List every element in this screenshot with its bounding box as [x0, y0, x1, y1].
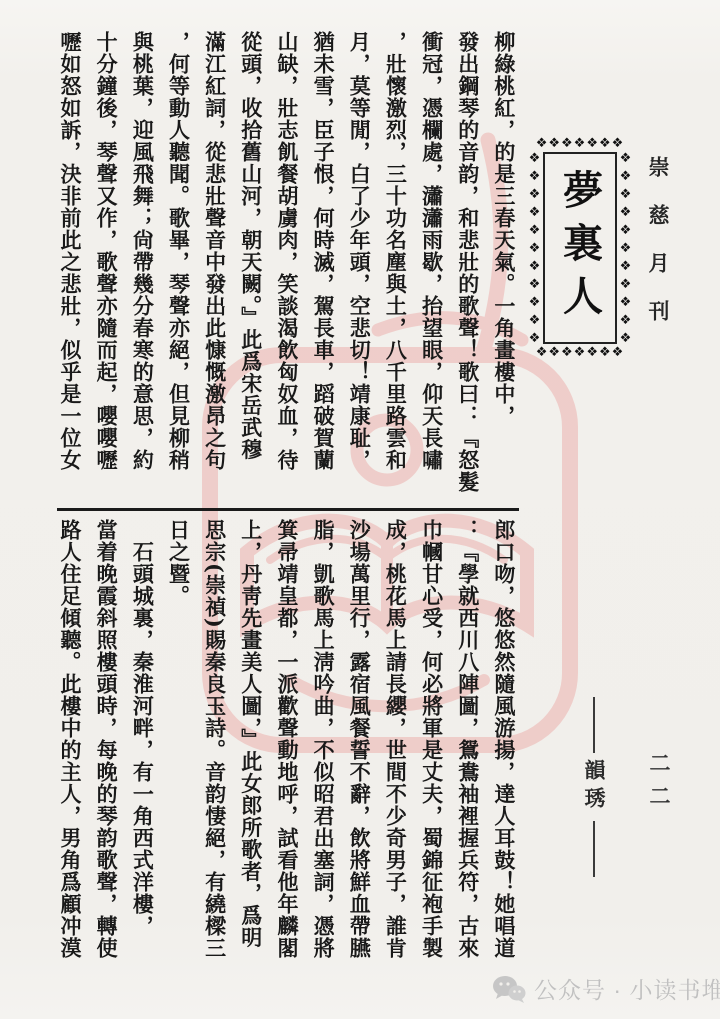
text-column: 路人住足傾聽。此樓中的主人，男角爲顧冲漠: [58, 519, 82, 1011]
text-column: 當着晚霞斜照樓頭時，每晚的琴韵歌聲，轉使: [94, 519, 118, 1011]
text-column: 十分鐘後，琴聲又作，歌聲亦隨而起，嚶嚶嚦: [94, 31, 118, 501]
text-column: 郎口吻，悠悠然隨風游揚，達人耳鼓！她唱道: [492, 519, 516, 1011]
text-column: 衝冠，憑欄處，瀟瀟雨歇，抬望眼，仰天長嘯: [420, 31, 444, 501]
author-dash-bottom: [593, 821, 596, 877]
scanned-magazine-page: 崇慈月刊 二二 ❖❖❖❖❖❖❖ ❖❖❖❖❖❖❖❖❖❖❖ 夢裏人 ❖❖❖❖❖❖❖❖…: [0, 0, 720, 1019]
ornament-border-top: ❖❖❖❖❖❖❖: [527, 136, 633, 151]
text-column: 成，桃花馬上請長纓，世間不少奇男子，誰肯: [383, 519, 407, 1011]
text-column: 脂，凱歌馬上淸吟曲，不似昭君出塞詞，憑將: [311, 519, 335, 1011]
title-inner-frame: 夢裏人: [543, 152, 617, 344]
text-column: 滿江紅詞，從悲壯聲音中發出此慷慨激昂之句: [203, 31, 227, 501]
author-mark: 韻琇: [581, 697, 607, 877]
ornament-border-right: ❖❖❖❖❖❖❖❖❖❖❖: [527, 151, 542, 345]
text-column: 箕帚靖皇都，一派歡聲動地呼，試看他年麟閣: [275, 519, 299, 1011]
text-column: 巾幗甘心受，何必將軍是丈夫，蜀錦征袍手製: [420, 519, 444, 1011]
text-column: 石頭城裏，秦淮河畔，有一角西式洋樓，: [130, 519, 154, 1011]
text-column: ，壯懷激烈，三十功名塵與土，八千里路雲和: [383, 31, 407, 501]
ornament-border-left: ❖❖❖❖❖❖❖❖❖❖❖: [618, 151, 633, 345]
page-number: 二二: [644, 752, 674, 842]
text-column: 嚦如怒如訴，決非前此之悲壯，似乎是一位女: [58, 31, 82, 501]
article-title-box: ❖❖❖❖❖❖❖ ❖❖❖❖❖❖❖❖❖❖❖ 夢裏人 ❖❖❖❖❖❖❖❖❖❖❖ ❖❖❖❖…: [527, 136, 633, 360]
magazine-title: 崇慈月刊: [641, 156, 673, 356]
text-column: 猶未雪，臣子恨，何時滅，駕長車，蹈破賀蘭: [311, 31, 335, 501]
author-dash-top: [593, 697, 596, 753]
ornament-border-bottom: ❖❖❖❖❖❖❖: [527, 345, 633, 360]
footer-watermark-label: 公众号 · 小读书堆: [534, 972, 720, 1005]
text-column: 發出鋼琴的音韵，和悲壯的歌聲！歌曰：『怒髮: [456, 31, 480, 501]
text-column: 日之暨。: [166, 519, 190, 1011]
author-name: 韻琇: [579, 759, 609, 815]
text-column: 山缺，壯志飢餐胡虜肉，笑談渴飲匈奴血，待: [275, 31, 299, 501]
text-column: 從頭，收拾舊山河，朝天闕。』此爲宋岳武穆: [239, 31, 263, 501]
text-column: 與桃葉，迎風飛舞；尙帶幾分春寒的意思，約: [130, 31, 154, 501]
text-block-bottom: 郎口吻，悠悠然隨風游揚，達人耳鼓！她唱道 ：『學就西川八陣圖，鴛鴦袖裡握兵符，古…: [58, 519, 516, 1011]
article-title: 夢裏人: [552, 169, 609, 328]
text-column: 上，丹靑先畫美人圖，』此女郎所歌者，爲明: [239, 519, 263, 1011]
text-column: 沙場萬里行，露宿風餐誓不辭，飲將鮮血帶臙: [347, 519, 371, 1011]
text-block-top: 柳綠桃紅，的是三春天氣。一角畫樓中， 發出鋼琴的音韵，和悲壯的歌聲！歌曰：『怒髮…: [58, 31, 516, 501]
text-column: 柳綠桃紅，的是三春天氣。一角畫樓中，: [492, 31, 516, 501]
footer-watermark: 公众号 · 小读书堆: [492, 972, 720, 1005]
text-column: ：『學就西川八陣圖，鴛鴦袖裡握兵符，古來: [456, 519, 480, 1011]
text-column: 月，莫等閒，白了少年頭，空悲切！靖康耻，: [347, 31, 371, 501]
text-column: ，何等動人聽聞。歌畢，琴聲亦絕，但見柳稍: [166, 31, 190, 501]
wechat-icon: [492, 975, 526, 1003]
section-divider-rule: [57, 508, 519, 511]
text-column: 思宗(崇禎)賜秦良玉詩。音韵悽絕，有繞樑三: [203, 519, 227, 1011]
